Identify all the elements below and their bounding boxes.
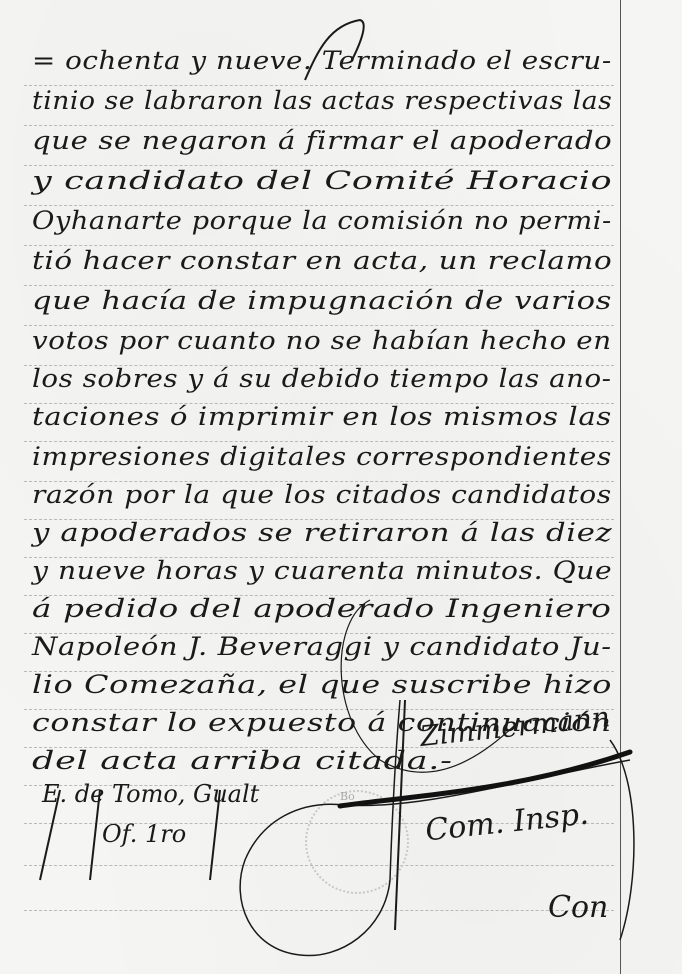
left-signature-title: Of. 1ro (102, 820, 186, 848)
stamp-text: Bo (340, 790, 355, 803)
handwritten-line: y candidato del Comité Horacio (32, 166, 612, 195)
handwritten-line: que se negaron á firmar el apoderado (32, 126, 612, 155)
handwritten-line: y nueve horas y cuarenta minutos. Que (32, 556, 612, 585)
left-signature-name: E. de Tomo, Gualt (42, 780, 259, 808)
handwritten-line: votos por cuanto no se habían hecho en (32, 326, 612, 355)
handwritten-line: los sobres y á su debido tiempo las ano- (32, 364, 612, 393)
handwritten-line: impresiones digitales correspondientes (32, 442, 612, 471)
handwritten-line: lio Comezaña, el que suscribe hizo (32, 670, 612, 699)
ruled-line (24, 910, 614, 911)
handwritten-line: Oyhanarte porque la comisión no permi- (32, 206, 612, 235)
handwritten-line: á pedido del apoderado Ingeniero (32, 594, 612, 623)
right-signature-initial: Con (548, 890, 608, 925)
handwritten-line: razón por la que los citados candidatos (32, 480, 612, 509)
handwritten-line: = ochenta y nueve. Terminado el escru- (32, 46, 612, 75)
right-margin-line (620, 0, 621, 974)
handwritten-line: que hacía de impugnación de varios (32, 286, 612, 315)
right-signature-title: Com. Insp. (424, 797, 591, 849)
handwritten-line: taciones ó imprimir en los mismos las (32, 402, 612, 431)
official-stamp (305, 790, 409, 894)
handwritten-line: del acta arriba citada.- (32, 746, 453, 775)
manuscript-page: = ochenta y nueve. Terminado el escru-ti… (0, 0, 682, 974)
handwritten-line: y apoderados se retiraron á las diez (32, 518, 612, 547)
handwritten-line: Napoleón J. Beveraggi y candidato Ju- (32, 632, 612, 661)
handwritten-line: tinio se labraron las actas respectivas … (32, 86, 612, 115)
handwritten-line: tió hacer constar en acta, un reclamo (32, 246, 612, 275)
